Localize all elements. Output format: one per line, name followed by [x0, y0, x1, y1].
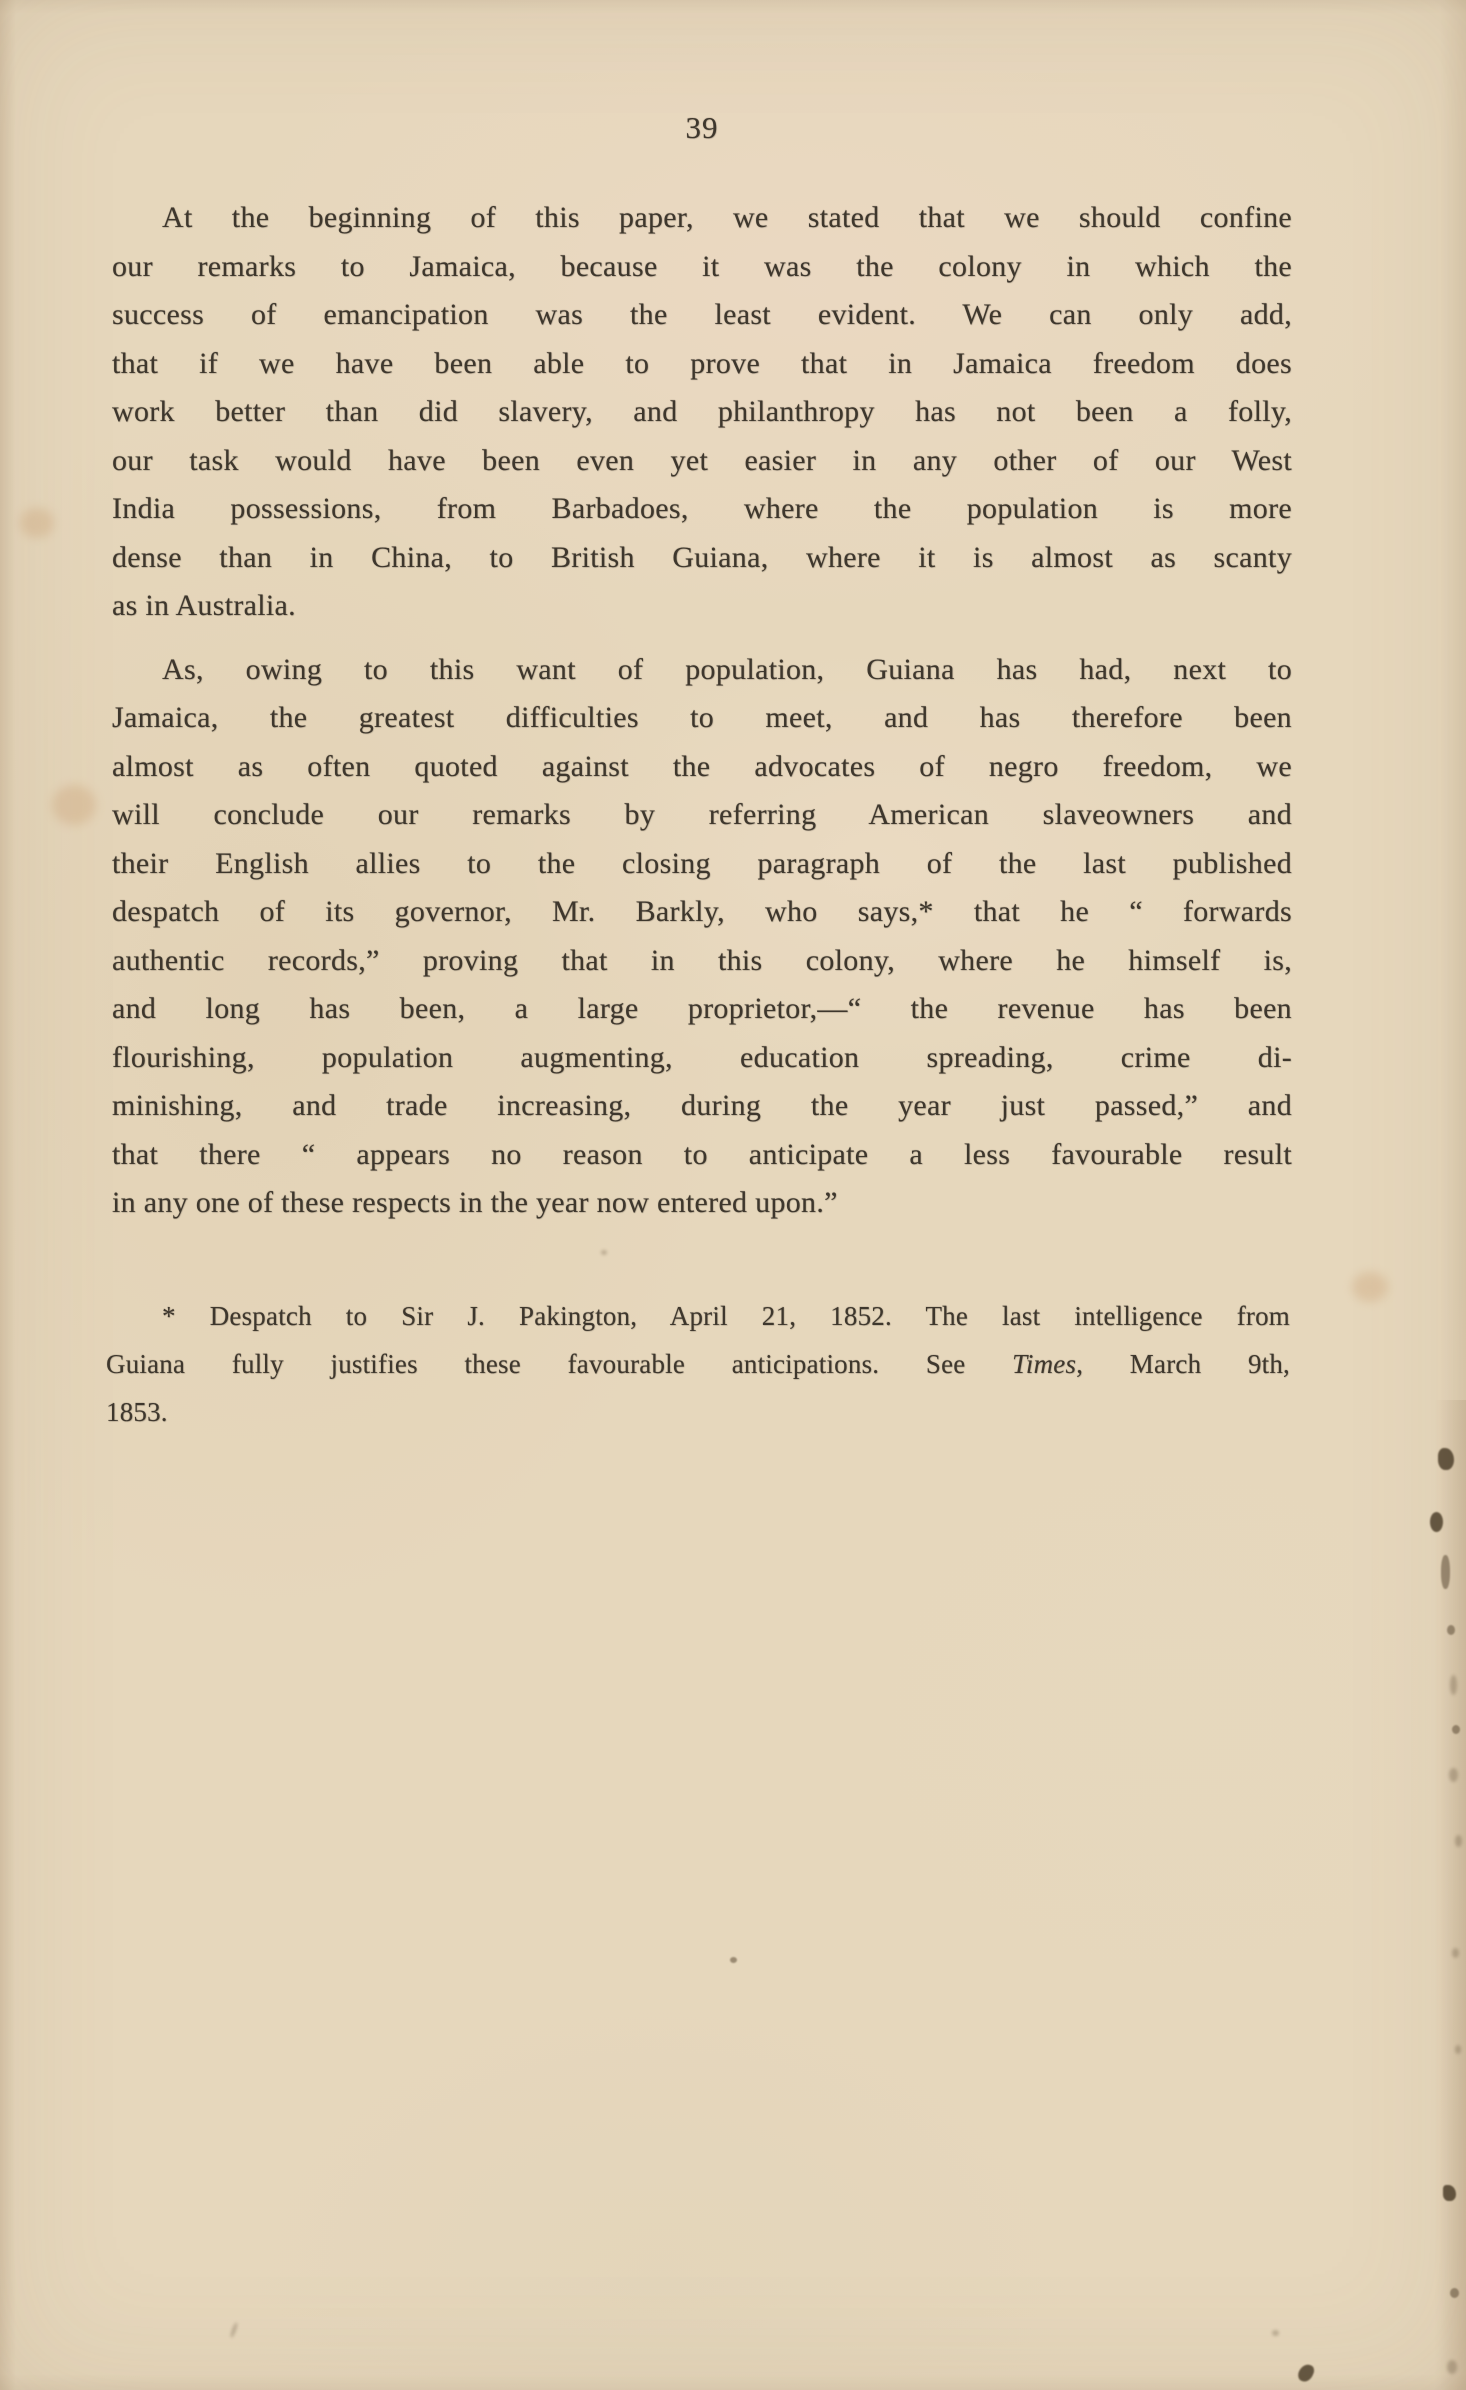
text-line: authentic records,” proving that in this…	[112, 937, 1292, 986]
paper-speck	[1296, 2362, 1316, 2384]
foxing-spot	[1352, 1272, 1388, 1302]
edge-mark	[1452, 1948, 1459, 1958]
edge-mark	[1455, 2045, 1461, 2054]
foxing-spot	[20, 508, 54, 538]
text-line: as in Australia.	[112, 582, 1292, 631]
text-line: that if we have been able to prove that …	[112, 340, 1292, 389]
edge-mark	[1449, 1768, 1458, 1782]
text-line: despatch of its governor, Mr. Barkly, wh…	[112, 888, 1292, 937]
edge-mark	[1452, 1725, 1460, 1734]
main-text: At the beginning of this paper, we state…	[112, 194, 1292, 1228]
text-line: At the beginning of this paper, we state…	[112, 194, 1292, 243]
text-line: minishing, and trade increasing, during …	[112, 1082, 1292, 1131]
page-number: 39	[112, 110, 1292, 146]
paper-speck	[229, 2322, 238, 2338]
text-line: our task would have been even yet easier…	[112, 437, 1292, 486]
text-line: As, owing to this want of population, Gu…	[112, 646, 1292, 695]
paper-speck	[1272, 2330, 1279, 2336]
footnote-line: * Despatch to Sir J. Pakington, April 21…	[106, 1292, 1290, 1340]
edge-mark	[1447, 1625, 1455, 1635]
footnote-text: , March 9th,	[1076, 1349, 1290, 1379]
text-line: their English allies to the closing para…	[112, 840, 1292, 889]
italic-citation: Times	[1012, 1349, 1076, 1379]
text-line: our remarks to Jamaica, because it was t…	[112, 243, 1292, 292]
text-line: and long has been, a large proprietor,—“…	[112, 985, 1292, 1034]
edge-mark	[1450, 1675, 1457, 1695]
text-line: flourishing, population augmenting, educ…	[112, 1034, 1292, 1083]
footnote-text: 1853.	[106, 1397, 168, 1427]
footnote-line: Guiana fully justifies these favourable …	[106, 1340, 1290, 1388]
edge-mark	[1455, 1835, 1462, 1847]
text-line: success of emancipation was the least ev…	[112, 291, 1292, 340]
paper-speck	[601, 1250, 607, 1255]
edge-mark	[1438, 1448, 1454, 1470]
text-line: in any one of these respects in the year…	[112, 1179, 1292, 1228]
edge-mark	[1430, 1512, 1443, 1532]
edge-mark	[1441, 1555, 1450, 1589]
edge-mark	[1450, 2288, 1459, 2298]
text-line: Jamaica, the greatest difficulties to me…	[112, 694, 1292, 743]
text-line: that there “ appears no reason to antici…	[112, 1131, 1292, 1180]
footnote-text: * Despatch to Sir J. Pakington, April 21…	[162, 1301, 1290, 1331]
paragraph: As, owing to this want of population, Gu…	[112, 646, 1292, 1228]
edge-mark	[1447, 2360, 1457, 2374]
edge-mark	[1443, 2185, 1456, 2201]
scanned-book-page: 39 At the beginning of this paper, we st…	[0, 0, 1466, 2390]
text-line: India possessions, from Barbadoes, where…	[112, 485, 1292, 534]
paper-speck	[730, 1957, 737, 1963]
paragraph: At the beginning of this paper, we state…	[112, 194, 1292, 631]
foxing-spot	[52, 785, 96, 825]
text-line: dense than in China, to British Guiana, …	[112, 534, 1292, 583]
page-edge-shadow	[1426, 1400, 1466, 2390]
footnote: * Despatch to Sir J. Pakington, April 21…	[106, 1292, 1290, 1436]
footnote-line: 1853.	[106, 1388, 1290, 1436]
text-line: almost as often quoted against the advoc…	[112, 743, 1292, 792]
footnote-text: Guiana fully justifies these favourable …	[106, 1349, 1012, 1379]
text-line: will conclude our remarks by referring A…	[112, 791, 1292, 840]
text-line: work better than did slavery, and philan…	[112, 388, 1292, 437]
